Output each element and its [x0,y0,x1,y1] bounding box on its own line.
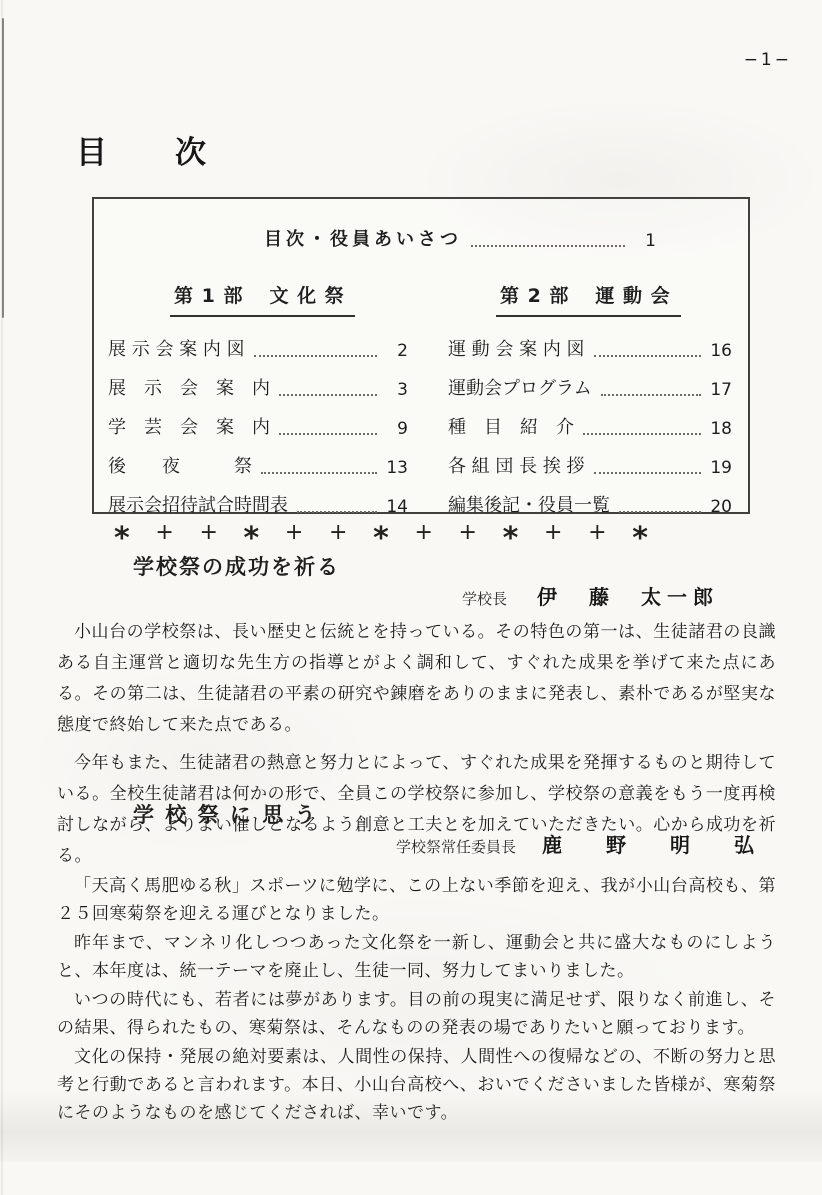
toc-section-header-part2: 第 2 部運 動 会 [496,281,681,317]
author-title: 学校祭常任委員長 [396,836,516,857]
decorative-divider: * + + * + + * + + * + + * [114,516,648,550]
toc-entry-label: 目次・役員あいさつ [264,225,462,251]
plus-icon: + [544,522,562,544]
toc-section-header-part1: 第 1 部文 化 祭 [170,281,355,317]
author-name: 伊 藤 太一郎 [537,581,719,610]
plus-icon: + [459,522,477,544]
toc-entry-page: 17 [708,380,732,400]
greeting2-heading: 学 校 祭 に 思 う [133,799,318,829]
dotted-leader [254,355,377,357]
toc-entry: 学 芸 会 案 内 9 [108,417,408,439]
dotted-leader [279,394,377,396]
toc-entry: 運 動 会 案 内 図 16 [448,339,732,361]
toc-entry: 運動会プログラム 17 [448,378,732,400]
toc-entry-label: 展 示 会 案 内 [108,374,270,400]
toc-entry-page: 13 [384,458,408,478]
dotted-leader [601,394,701,396]
toc-entry: 展 示 会 案 内 3 [108,378,408,400]
scan-left-edge-line [2,18,4,318]
toc-columns: 第 1 部文 化 祭 展 示 会 案 内 図 2 展 示 会 案 内 3 学 芸 [94,251,748,534]
toc-entry-page: 18 [708,419,732,439]
paragraph: 小山台の学校祭は、長い歴史と伝統とを持っている。その特色の第一は、生徒諸君の良識… [57,617,776,741]
toc-part-name: 運 動 会 [595,285,670,307]
paragraph: いつの時代にも、若者には夢があります。目の前の現実に満足せず、限りなく前進し、そ… [57,986,776,1042]
plus-icon: + [155,522,173,544]
toc-entry-label: 種 目 紹 介 [448,413,574,439]
toc-entry-page: 14 [384,497,408,517]
asterisk-icon: * [373,524,389,554]
plus-icon: + [588,522,606,544]
toc-part-name: 文 化 祭 [269,285,344,307]
toc-entry-label: 編集後記・役員一覧 [448,491,610,517]
asterisk-icon: * [244,524,260,554]
dotted-leader [583,433,701,435]
plus-icon: + [199,522,217,544]
asterisk-icon: * [632,524,648,554]
dotted-leader [471,245,625,247]
asterisk-icon: * [114,524,130,554]
toc-entry-label: 各 組 団 長 挨 拶 [448,452,585,478]
toc-entry-page: 16 [708,341,732,361]
greeting2-body: 「天高く馬肥ゆる秋」スポーツに勉学に、この上ない季節を迎え、我が小山台高校も、第… [57,872,776,1128]
toc-entry: 編集後記・役員一覧 20 [448,495,732,517]
toc-entry-page: 3 [384,380,408,400]
toc-entries-part2: 運 動 会 案 内 図 16 運動会プログラム 17 種 目 紹 介 18 [448,339,732,517]
toc-entry: 種 目 紹 介 18 [448,417,732,439]
plus-icon: + [285,522,303,544]
dotted-leader [619,511,701,513]
dotted-leader [297,511,377,513]
plus-icon: + [329,522,347,544]
toc-entry-label: 学 芸 会 案 内 [108,413,270,439]
paragraph: 文化の保持・発展の絶対要素は、人間性の保持、人間性への復帰などの、不断の努力と思… [57,1043,776,1127]
toc-entry-label: 展 示 会 案 内 図 [108,335,245,361]
toc-entry-label: 運動会プログラム [448,374,592,400]
plus-icon: + [414,522,432,544]
page-title: 目 次 [76,127,208,172]
greeting2-author: 学校祭常任委員長 鹿 野 明 弘 [396,829,766,858]
toc-part-number: 第 1 部 [174,285,243,307]
toc-entry-top: 目次・役員あいさつ 1 [264,225,656,251]
toc-part-number: 第 2 部 [500,285,569,307]
toc-entry: 各 組 団 長 挨 拶 19 [448,456,732,478]
paragraph: 「天高く馬肥ゆる秋」スポーツに勉学に、この上ない季節を迎え、我が小山台高校も、第… [57,872,776,928]
dotted-leader [279,433,377,435]
page-number: −1− [744,50,792,70]
toc-section-part1: 第 1 部文 化 祭 展 示 会 案 内 図 2 展 示 会 案 内 3 学 芸 [108,281,408,534]
toc-entry: 展示会招待試合時間表 14 [108,495,408,517]
dotted-leader [594,472,701,474]
toc-entry-page: 2 [384,341,408,361]
toc-section-part2: 第 2 部運 動 会 運 動 会 案 内 図 16 運動会プログラム 17 種 … [448,281,732,534]
greeting1-heading: 学校祭の成功を祈る [133,551,340,581]
paragraph: 昨年まで、マンネリ化しつつあった文化祭を一新し、運動会と共に盛大なものにしようと… [57,929,776,985]
toc-entry-page: 20 [708,497,732,517]
toc-entry-label: 展示会招待試合時間表 [108,491,288,517]
toc-entry-label: 後 夜 祭 [108,452,252,478]
scanned-document-page: −1− 目 次 目次・役員あいさつ 1 第 1 部文 化 祭 展 示 会 案 内… [0,0,822,1195]
author-title: 学校長 [462,588,507,609]
dotted-leader [594,355,701,357]
toc-entries-part1: 展 示 会 案 内 図 2 展 示 会 案 内 3 学 芸 会 案 内 9 [108,339,408,517]
toc-entry-page: 1 [632,231,656,251]
toc-box: 目次・役員あいさつ 1 第 1 部文 化 祭 展 示 会 案 内 図 2 展 示… [92,197,750,514]
author-name: 鹿 野 明 弘 [542,829,766,858]
toc-entry-page: 9 [384,419,408,439]
toc-entry: 後 夜 祭 13 [108,456,408,478]
toc-entry: 展 示 会 案 内 図 2 [108,339,408,361]
greeting1-author: 学校長 伊 藤 太一郎 [462,581,719,610]
asterisk-icon: * [503,524,519,554]
dotted-leader [261,472,377,474]
toc-entry-label: 運 動 会 案 内 図 [448,335,585,361]
toc-entry-page: 19 [708,458,732,478]
